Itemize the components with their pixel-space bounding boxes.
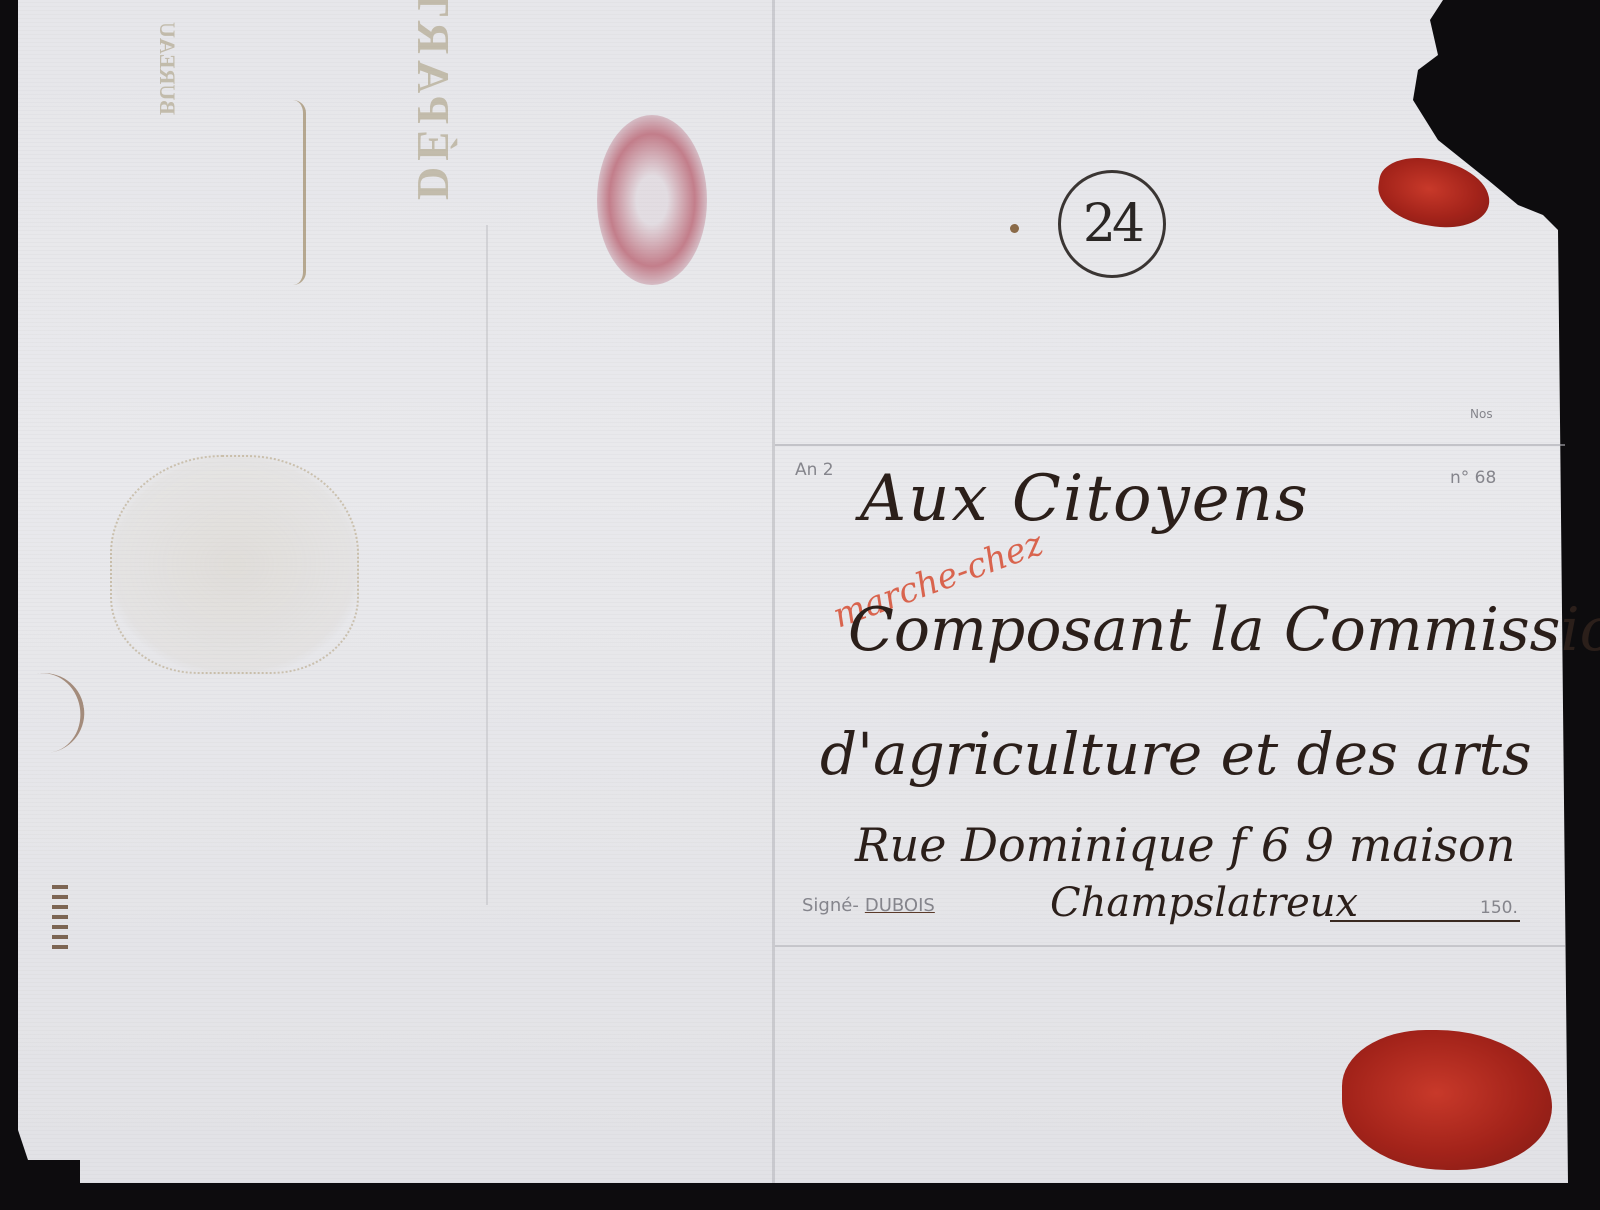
red-wax-stain	[597, 115, 707, 285]
horizontal-fold-upper	[775, 444, 1565, 446]
faded-emblem-stamp	[110, 455, 359, 674]
horizontal-fold-lower	[775, 945, 1565, 947]
pencil-number-note: n° 68	[1450, 468, 1496, 488]
signed-name: DUBOIS	[865, 895, 935, 916]
mirrored-bureau-heading: BUREAU	[154, 22, 180, 115]
pencil-year-note: An 2	[795, 460, 834, 480]
address-line-3: d'agriculture et des arts	[820, 720, 1532, 788]
address-line-5: Champslatreux	[1050, 880, 1358, 926]
printed-bracket	[293, 100, 306, 285]
printed-border-line	[486, 225, 488, 905]
signed-note: Signé-DUBOIS	[802, 895, 935, 916]
pencil-small-note: Nos	[1470, 407, 1493, 421]
ink-underline	[1330, 920, 1520, 922]
signed-label: Signé-	[802, 895, 859, 916]
address-line-4: Rue Dominique f 6 9 maison	[855, 818, 1515, 872]
ink-dot	[1010, 224, 1019, 233]
address-line-2: Composant la Commission	[848, 595, 1600, 665]
vertical-fold-line	[772, 0, 775, 1183]
postmark-stamp: 24	[1058, 170, 1166, 278]
mirrored-department-heading: DÉPARTEMENT DE PARIS	[407, 0, 460, 200]
pencil-folio-number: 150.	[1480, 898, 1518, 918]
address-line-1: Aux Citoyens	[860, 462, 1310, 536]
postmark-number: 24	[1083, 194, 1141, 254]
ink-tally-marks	[52, 885, 68, 955]
